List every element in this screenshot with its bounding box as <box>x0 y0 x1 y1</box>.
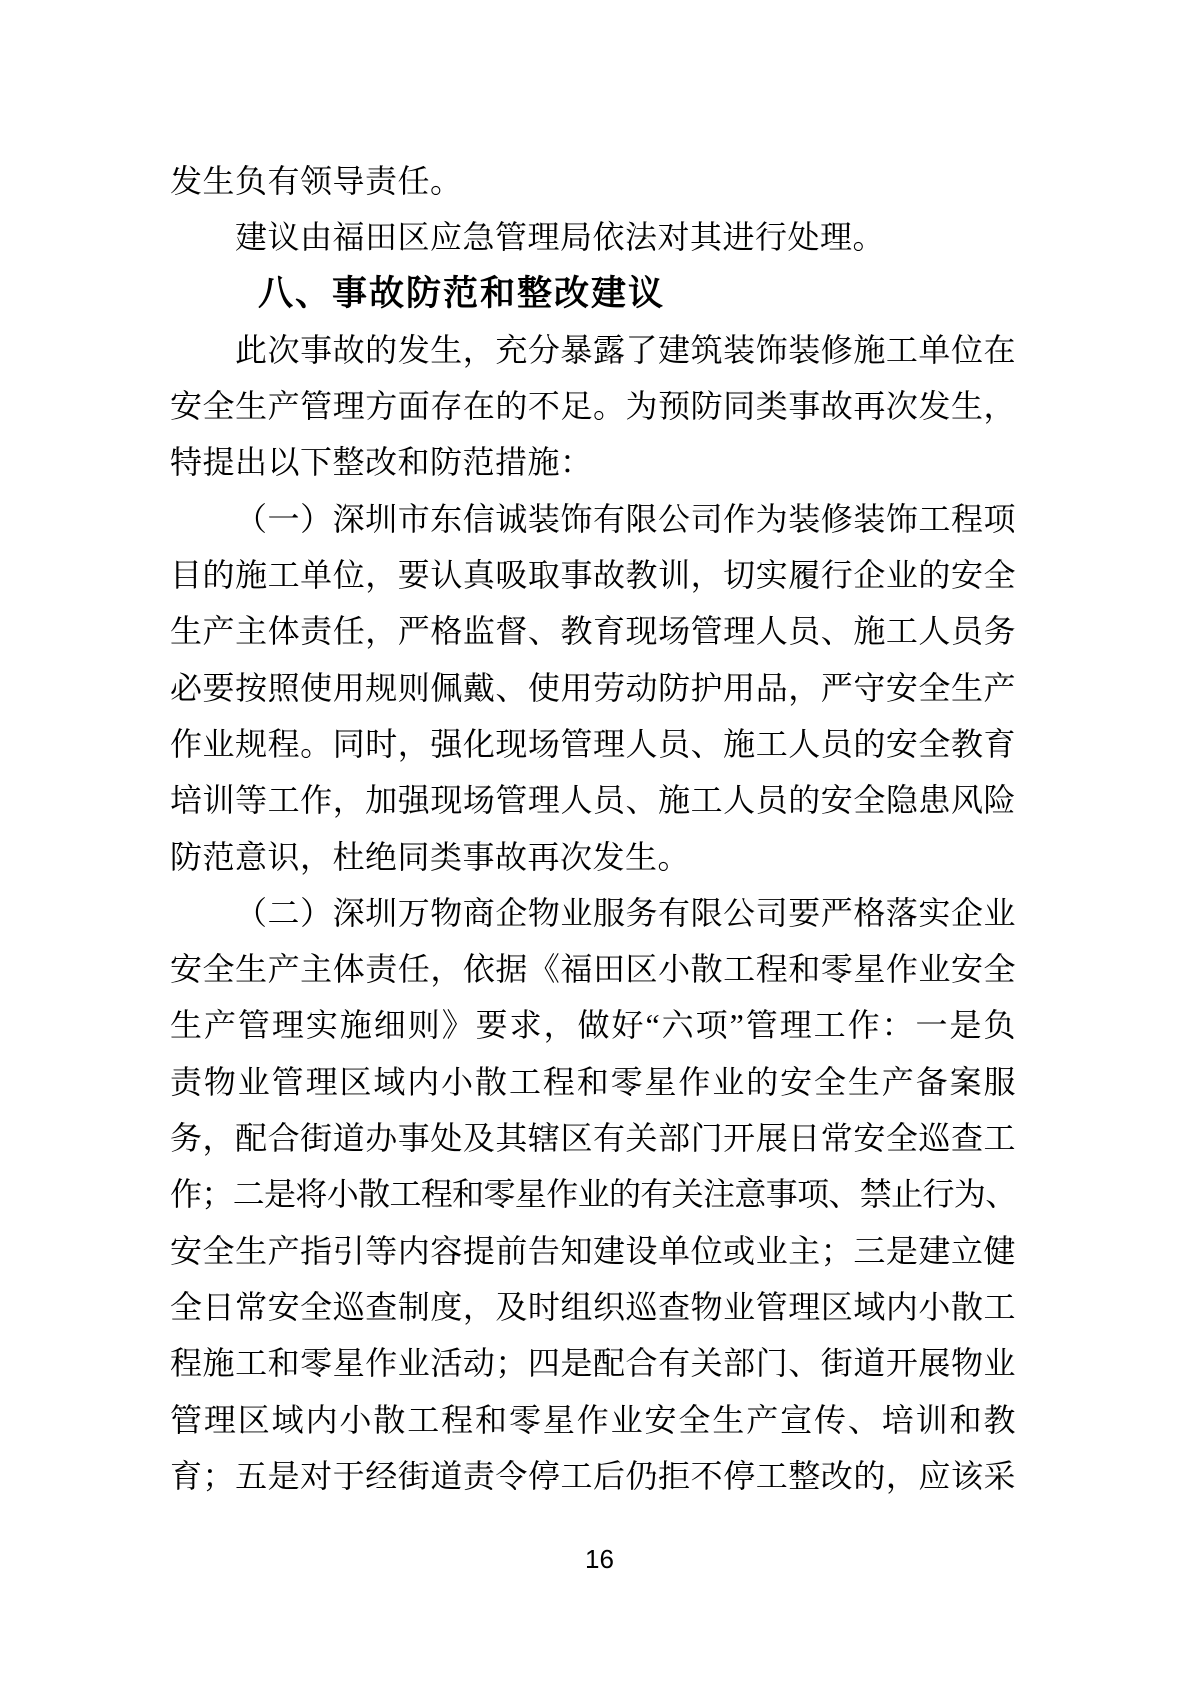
text-line: 管理区域内小散工程和零星作业安全生产宣传、培训和教 <box>170 1392 1016 1448</box>
text-line: 此次事故的发生，充分暴露了建筑装饰装修施工单位在 <box>170 322 1016 378</box>
text-line: 育；五是对于经街道责令停工后仍拒不停工整改的，应该采 <box>170 1448 1016 1504</box>
text-line: 程施工和零星作业活动；四是配合有关部门、街道开展物业 <box>170 1335 1016 1391</box>
text-line: 防范意识，杜绝同类事故再次发生。 <box>170 829 1016 885</box>
text-line: 生产主体责任，严格监督、教育现场管理人员、施工人员务 <box>170 603 1016 659</box>
text-line: （一）深圳市东信诚装饰有限公司作为装修装饰工程项 <box>170 491 1016 547</box>
text-line: 特提出以下整改和防范措施： <box>170 434 1016 490</box>
text-line: 安全生产管理方面存在的不足。为预防同类事故再次发生， <box>170 378 1016 434</box>
text-line: （二）深圳万物商企物业服务有限公司要严格落实企业 <box>170 885 1016 941</box>
text-line: 作业规程。同时，强化现场管理人员、施工人员的安全教育 <box>170 716 1016 772</box>
text-line: 生产管理实施细则》要求，做好“六项”管理工作：一是负 <box>170 997 1016 1053</box>
text-line: 作；二是将小散工程和零星作业的有关注意事项、禁止行为、 <box>170 1166 1016 1222</box>
text-line: 安全生产主体责任，依据《福田区小散工程和零星作业安全 <box>170 941 1016 997</box>
text-block: 发生负有领导责任。建议由福田区应急管理局依法对其进行处理。八、事故防范和整改建议… <box>170 153 1016 1504</box>
text-line: 必要按照使用规则佩戴、使用劳动防护用品，严守安全生产 <box>170 660 1016 716</box>
text-line: 责物业管理区域内小散工程和零星作业的安全生产备案服 <box>170 1054 1016 1110</box>
text-line: 建议由福田区应急管理局依法对其进行处理。 <box>170 209 1016 265</box>
text-line: 务，配合街道办事处及其辖区有关部门开展日常安全巡查工 <box>170 1110 1016 1166</box>
text-line: 安全生产指引等内容提前告知建设单位或业主；三是建立健 <box>170 1223 1016 1279</box>
document-page: 发生负有领导责任。建议由福田区应急管理局依法对其进行处理。八、事故防范和整改建议… <box>0 0 1199 1696</box>
text-line: 目的施工单位，要认真吸取事故教训，切实履行企业的安全 <box>170 547 1016 603</box>
page-number: 16 <box>0 1544 1199 1575</box>
text-line: 培训等工作，加强现场管理人员、施工人员的安全隐患风险 <box>170 772 1016 828</box>
text-line: 全日常安全巡查制度，及时组织巡查物业管理区域内小散工 <box>170 1279 1016 1335</box>
text-line: 发生负有领导责任。 <box>170 153 1016 209</box>
section-heading: 八、事故防范和整改建议 <box>170 266 1016 322</box>
